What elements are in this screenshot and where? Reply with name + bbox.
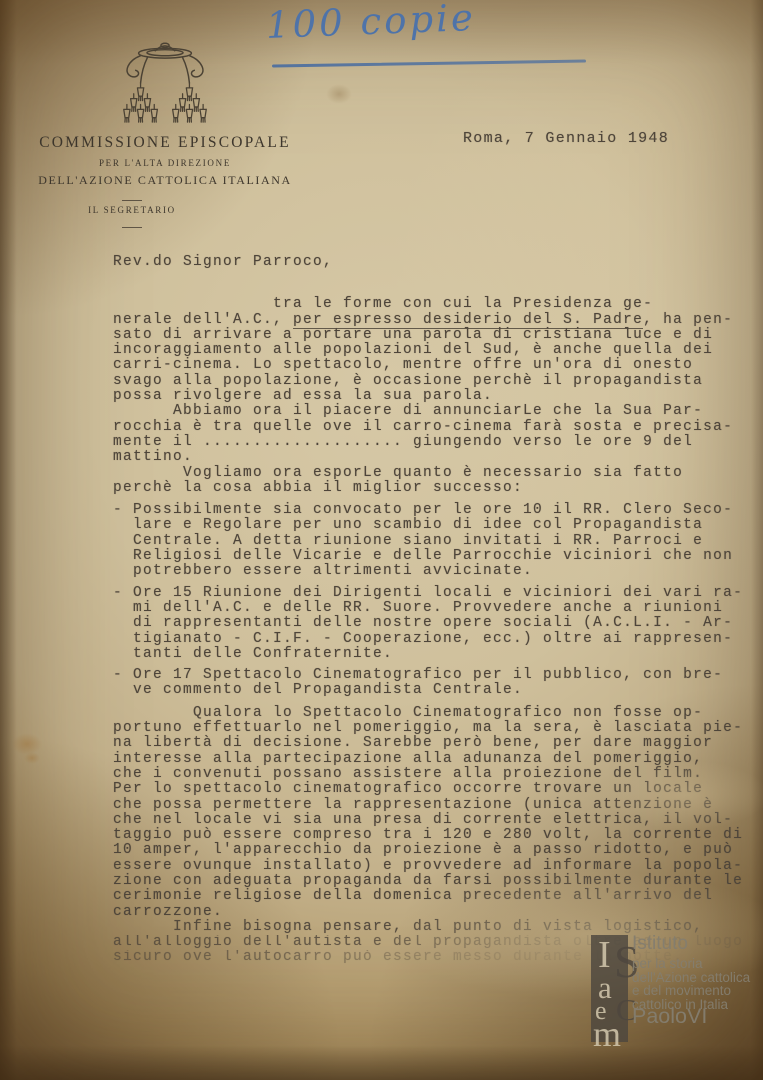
watermark-logo-letter: I [598, 936, 611, 974]
letter-body: Rev.do Signor Parroco, tra le forme con … [113, 255, 758, 966]
bullet-item: - Possibilmente sia convocato per le ore… [113, 503, 758, 579]
paragraph-announcement: Abbiamo ora il piacere di annunciarLe ch… [113, 404, 758, 465]
letterhead-divider [122, 227, 142, 228]
paragraph-details: Qualora lo Spettacolo Cinematografico no… [113, 706, 758, 920]
paper-stain [24, 752, 40, 764]
paragraph-lead-in: Vogliamo ora esporLe quanto è necessario… [113, 466, 758, 497]
watermark-logo-letter: m [593, 1016, 621, 1052]
galero-emblem-icon [117, 40, 213, 126]
letterhead-org-name: COMMISSIONE EPISCOPALE [25, 134, 305, 152]
bullet-item: - Ore 17 Spettacolo Cinematografico per … [113, 668, 758, 699]
dateline: Roma, 7 Gennaio 1948 [463, 131, 669, 146]
paper-crease-mark [326, 84, 352, 104]
watermark-text-line: PaoloVI [632, 1010, 707, 1024]
letterhead-role: IL SEGRETARIO [0, 205, 272, 215]
handwritten-underline [272, 60, 586, 68]
letterhead-org-name-2: DELL'AZIONE CATTOLICA ITALIANA [25, 173, 305, 188]
watermark-text-line: dell'Azione cattolica [632, 971, 750, 985]
document-photo: 100 copie COMMISSIONE [0, 0, 763, 1080]
letterhead-org-subtitle: PER L'ALTA DIREZIONE [25, 158, 305, 168]
watermark-text-line: Istituto [632, 937, 688, 951]
letterhead-divider [122, 200, 142, 201]
paragraph-intro: tra le forme con cui la Presidenza ge- n… [113, 297, 758, 404]
paper-stain [12, 733, 42, 755]
watermark-text-line: per la storia [632, 957, 703, 971]
bullet-item: - Ore 15 Riunione dei Dirigenti locali e… [113, 586, 758, 662]
salutation: Rev.do Signor Parroco, [113, 255, 758, 270]
letterhead: COMMISSIONE EPISCOPALE PER L'ALTA DIREZI… [25, 0, 305, 228]
watermark-text-line: e del movimento [632, 984, 731, 998]
archive-watermark: I S a e C m Istituto per la storia dell'… [585, 930, 763, 1065]
